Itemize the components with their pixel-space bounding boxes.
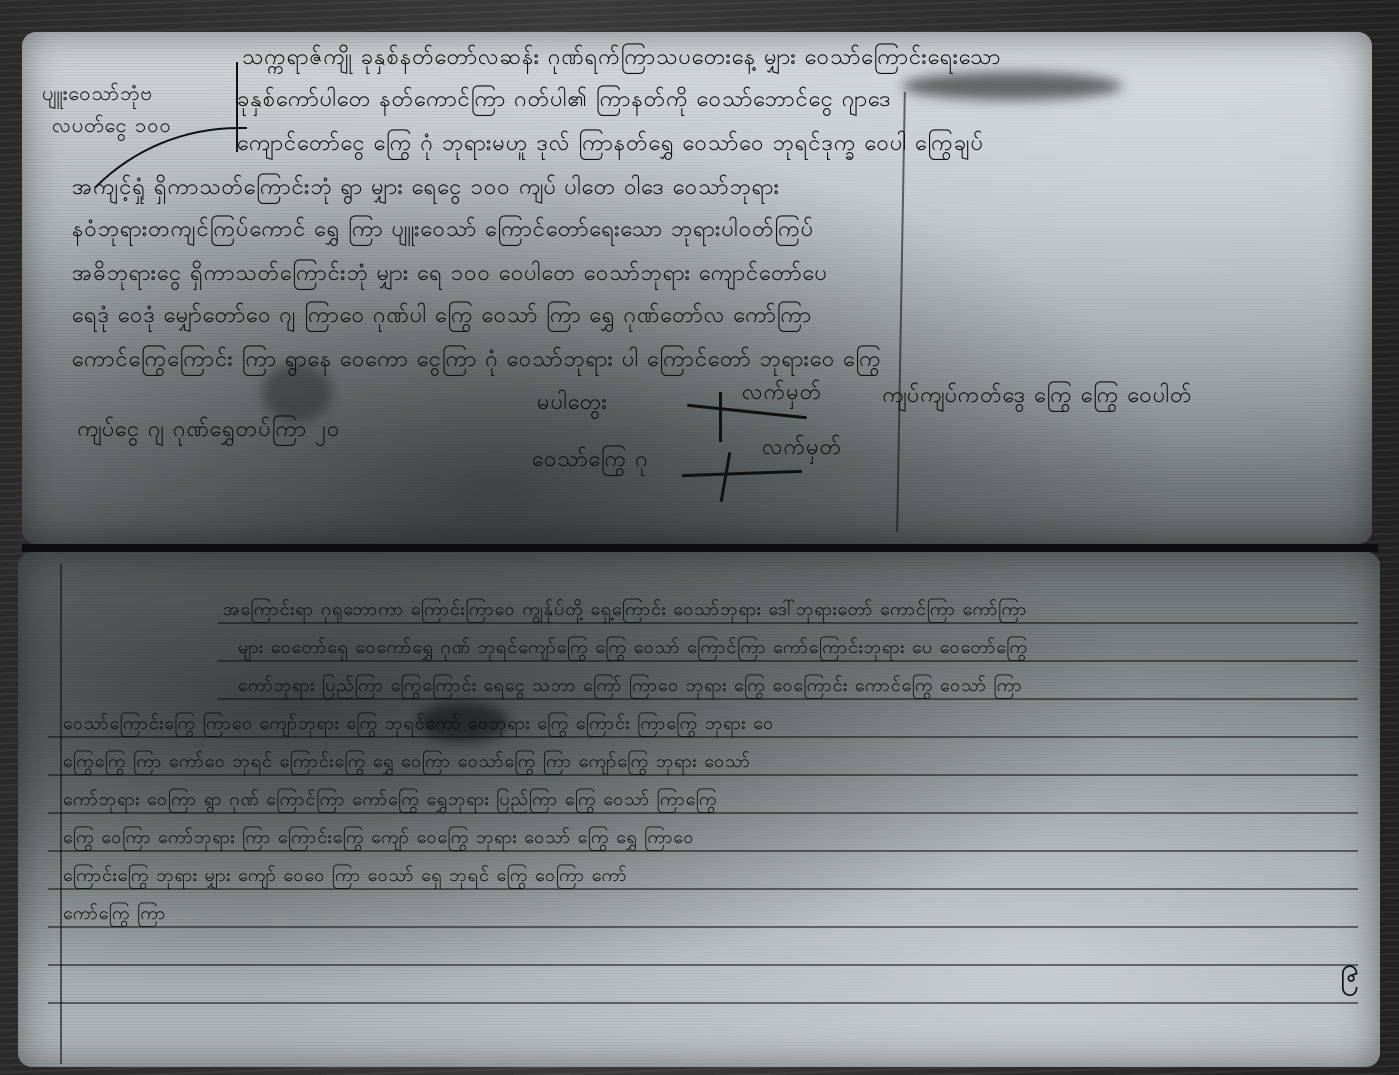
text-line: ကော်ဘုရား ပြည်ကြာ ကြွေကြောင်း ရေငွေ သဘာ … xyxy=(238,673,1023,700)
text-line: များ ဝေတော်ရှေ ဝေကော်ရွှေ ဂုဏ် ဘုရင်ကျော… xyxy=(238,635,1028,662)
cross-mark-icon xyxy=(720,452,732,502)
text-line: နဝံဘုရားတကျင်ကြပ်ကောင် ရွှေ ကြာ ပျူးဝေသာ… xyxy=(72,214,814,247)
corner-note-line-2: လပတ်ငွေ ၁၀၀ xyxy=(52,112,172,142)
leaf-fold xyxy=(22,544,1378,552)
ink-smudge xyxy=(418,702,508,742)
ruled-line xyxy=(48,1002,1358,1004)
text-line: ကြောင်းကြွေ ဘုရား မျှား ကျော် ဝေဝေ ကြာ ဝ… xyxy=(63,863,628,890)
ink-smudge xyxy=(262,362,332,422)
corner-note-line-1: ပျူးဝေသာ်ဘုံဗ xyxy=(42,80,153,110)
text-line: အကြောင်းရာ ဂုရုဘောကာ ကြောင်းကြာဝေ ကျွန်ု… xyxy=(223,597,1027,624)
text-line: ကော်ဘုရား ဝေကြာ ရွာ ဂုဏ် ကြောင်ကြာ ကော်က… xyxy=(63,787,718,814)
text-line: ကြွေ ဝေကြာ ကော်ဘုရား ကြာ ကြောင်းကြွေ ကျေ… xyxy=(63,825,694,852)
text-line: ကော်ကြွေ ကြာ xyxy=(63,901,166,928)
manuscript-top-leaf: ပျူးဝေသာ်ဘုံဗ လပတ်ငွေ ၁၀၀ သက္ကရာဇ်ကျို ခ… xyxy=(22,32,1372,544)
cross-mark-icon xyxy=(682,470,802,477)
text-line: ကြွေကြွေ ကြာ ကော်ဝေ ဘုရင် ကြောင်းကြွေ ရွ… xyxy=(63,749,751,776)
text-line: အဓိဘုရားငွေ ရှိကာသတ်ကြောင်းဘုံ မျှား ရေ … xyxy=(72,258,828,291)
signature-note: ကျပ်ကျပ်ကတ်ဒွေ ကြွေ ကြွေ ဝေပါတ် xyxy=(882,380,1192,413)
manuscript-bottom-leaf: အကြောင်းရာ ဂုရုဘောကာ ကြောင်းကြာဝေ ကျွန်ု… xyxy=(18,552,1380,1067)
text-line: ကောင်ကြွေကြောင်း ကြာ ရွာနေ ဝေကော ငွေကြာ … xyxy=(72,344,882,377)
text-line: အကျင့်ရှုံ ရှိကာသတ်ကြောင်းဘုံ ရွာ မျှား … xyxy=(72,172,780,205)
text-line: သက္ကရာဇ်ကျို ခုနှစ်နတ်တော်လဆန်း ဂုဏ်ရက်က… xyxy=(242,42,1001,75)
page-number: ၉ xyxy=(1340,947,1359,998)
witness-label: မပါတွေး xyxy=(537,387,608,420)
ruled-line xyxy=(48,926,1358,928)
text-line: ရေဒုံ ဝေဒုံ မျှော်တော်ဝေ ဂျ ကြာဝေ ဂုဏ်ပါ… xyxy=(72,300,812,333)
ink-smudge xyxy=(902,72,1122,100)
ruled-line xyxy=(48,964,1358,966)
scribe-signature: လက်မှတ် xyxy=(762,432,842,465)
text-line: ခုနှစ်ကော်ပါတေ နတ်ကောင်ကြာ ဂတ်ပါ၏ ကြာနတ်… xyxy=(237,84,892,117)
scribe-label: ဝေသာ်ကြွေ ဂု xyxy=(532,444,649,477)
cross-mark-icon xyxy=(719,392,722,442)
margin-line xyxy=(60,564,62,1064)
witness-signature: လက်မှတ် xyxy=(742,377,822,410)
text-line: ကျောင်တော်ငွေ ကြွေ ဂုံ ဘုရားမဟူ ဒုလ် ကြာ… xyxy=(237,128,984,161)
